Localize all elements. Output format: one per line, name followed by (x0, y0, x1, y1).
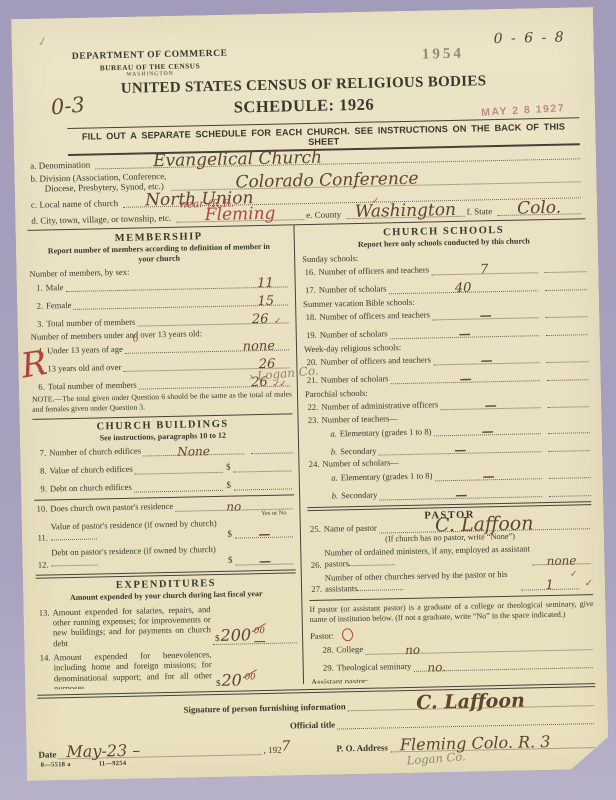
question-row-9: 9. Debt on church edifices $ (34, 478, 294, 494)
two-column-body: MEMBERSHIP Report number of members acco… (28, 218, 596, 690)
answer-line: — (432, 307, 539, 320)
field-label: a. Denomination (30, 159, 93, 170)
dollar-sign: $ (226, 556, 234, 566)
amount-value: 200 (220, 629, 251, 642)
question-number: 10. (34, 505, 50, 515)
answer-line: no Yes or No (175, 498, 292, 511)
question-number: 22. (305, 403, 321, 413)
form-content: ✓ DEPARTMENT OF COMMERCE BUREAU OF THE C… (11, 7, 609, 781)
official-title-line (337, 713, 594, 729)
dash-entry: — (480, 309, 491, 321)
question-label: Number of officers and teachers (318, 266, 429, 278)
denomination-value: Evangelical Church (153, 150, 322, 171)
question-label: 13 years old and over (47, 363, 121, 374)
label-text: Debt on pastor's residence (if owned by … (51, 544, 216, 557)
question-number: 18. (303, 313, 319, 323)
leader-dots (357, 582, 403, 591)
question-number: 19. (304, 331, 320, 341)
question-row-24b: b. Secondary — (307, 485, 591, 502)
official-title-row: Official title (290, 713, 596, 730)
red-check-margin: ✓ (585, 578, 594, 589)
question-row-20: 20. Number of officers and teachers — (304, 351, 588, 368)
answer-line: 26✓ (137, 312, 288, 326)
leader-dots (51, 558, 97, 567)
office-column (546, 351, 588, 363)
dash-entry: — (485, 399, 496, 411)
answer-line: — (434, 468, 542, 481)
question-number: 23. (305, 415, 321, 425)
question-number: 8. (33, 467, 49, 477)
date-label: Date (38, 750, 56, 760)
amount-value: 20 (221, 675, 242, 688)
answer-line: — (433, 352, 540, 365)
department-block: DEPARTMENT OF COMMERCE BUREAU OF THE CEN… (72, 49, 228, 80)
cents-entry: 00 (254, 630, 265, 642)
printed-year: , 192 (263, 745, 281, 755)
question-label: Number of church edifices (49, 447, 141, 458)
officers-teachers-value: 7 (480, 263, 489, 276)
edifices-value: None (177, 445, 210, 458)
question-label: Value of church edifices (49, 465, 132, 476)
identification-section: R › Logan Co. a. Denomination Evangelica… (26, 141, 585, 226)
question-number: 14. (37, 652, 54, 690)
question-label: Amount expended for benevolences, includ… (53, 649, 214, 690)
question-row-2: 2. Female 15 (30, 294, 290, 310)
question-label: Does church own pastor's residence (50, 502, 173, 514)
answer-line: Colo. (497, 201, 581, 216)
assistant-ministers-value: none (547, 554, 577, 567)
question-number: 1. (30, 283, 46, 293)
signature-line: C. Laffoon (348, 693, 594, 711)
question-row-18: 18. Number of officers and teachers — (303, 306, 587, 323)
leader-dots (135, 462, 222, 475)
scholars-value: 40 (455, 281, 472, 294)
leader-dots (349, 557, 395, 566)
yes-or-no-hint: Yes or No (261, 510, 286, 517)
official-title-label: Official title (290, 720, 335, 731)
office-column (251, 442, 293, 454)
question-row-28: 28. College no (310, 639, 594, 656)
question-number: 16. (302, 268, 318, 278)
answer-line: near (R.R. Fleming (176, 207, 304, 223)
dash-entry: — (459, 372, 470, 384)
question-label: Number of scholars (320, 330, 388, 341)
amount-entry: $ 200 00 (213, 628, 297, 645)
year-digit: 7 (281, 739, 290, 755)
question-row-4: 4. Under 13 years of age 0none (31, 339, 291, 355)
answer-line: 1✓ (521, 578, 579, 590)
membership-subheading: Report number of members according to de… (29, 242, 289, 266)
question-label: Number of officers and teachers (320, 356, 431, 368)
question-row-7: 7. Number of church edifices None (33, 442, 293, 458)
question-row-12: 12. Debt on pastor's residence (if owned… (35, 544, 295, 570)
date-line: May-23 – (58, 742, 261, 759)
question-label: Number of teachers— (321, 414, 398, 425)
po-address-entry: P. O. Address Fleming Colo. R. 3 Logan C… (336, 735, 596, 753)
office-column (548, 422, 590, 434)
stamp-1954: 1954 (422, 46, 464, 64)
dollar-sign: $ (224, 462, 232, 472)
question-label: Under 13 years of age (47, 344, 123, 355)
label-text: Value of pastor's residence (if owned by… (51, 518, 217, 531)
question-label: Number of scholars— (322, 458, 399, 469)
answer-line: — (433, 423, 541, 436)
city-value: Fleming (205, 206, 276, 224)
dash-entry: — (459, 327, 470, 339)
answer-line: no (365, 639, 592, 655)
amount-line (233, 460, 291, 472)
amount-line: — (235, 527, 293, 539)
question-label: Male (46, 283, 64, 293)
leader-dots (51, 531, 97, 540)
question-row-27: 27. Number of other churches served by t… (309, 568, 593, 595)
membership-note: NOTE.—The total given under Question 6 s… (32, 389, 292, 414)
field-label: d. City, town, village, or township, etc… (31, 213, 174, 226)
question-row-8: 8. Value of church edifices $ (33, 460, 293, 476)
question-number: 29. (321, 664, 337, 674)
question-letter: a. (324, 429, 340, 439)
answer-line: 15 (73, 294, 288, 309)
other-churches-value: 1 (545, 579, 554, 592)
question-number: 2. (30, 301, 46, 311)
signature-row: Signature of person furnishing informati… (183, 693, 595, 715)
amount-entry: $ 20 00 (214, 674, 298, 690)
question-number: 3. (30, 319, 46, 329)
field-label: c. Local name of church (31, 198, 121, 210)
pencil-check-mark: ✓ (36, 34, 49, 51)
question-number: 28. (320, 646, 336, 656)
handwritten-code-068: 0 - 6 - 8 (493, 30, 565, 48)
office-column (547, 369, 589, 381)
question-label: Number of officers and teachers (319, 311, 430, 323)
office-column (545, 279, 587, 291)
dollar-sign: $ (225, 529, 233, 539)
answer-line: 0none (125, 339, 289, 353)
office-column (545, 306, 587, 318)
dash-entry: — (258, 528, 269, 540)
dollar-sign: $ (224, 480, 232, 490)
question-row-24a: a. Elementary (grades 1 to 8) — (307, 467, 591, 484)
question-row-1: 1. Male 11 (30, 276, 290, 292)
owns-residence-value: no (226, 500, 241, 512)
form-number-block: 8—5518 a 11—9254 (41, 759, 153, 768)
question-row-13: 13. Amount expended for salaries, repair… (36, 602, 297, 649)
question-label: College (336, 645, 363, 655)
answer-line: — (390, 370, 539, 384)
answer-line: None (143, 443, 244, 456)
answer-line: none (532, 553, 590, 565)
question-label: Elementary (grades 1 to 8) (341, 472, 433, 483)
label-text: Number of other churches served by the p… (325, 569, 508, 594)
answer-line: 11 (65, 276, 288, 292)
question-label: Number of administrative officers (321, 400, 438, 412)
date-entry: Date May-23 – , 192 7 (38, 739, 290, 760)
question-number: 26. (308, 560, 324, 570)
office-column (547, 396, 589, 408)
question-label: Debt on pastor's residence (if owned by … (51, 545, 226, 569)
logan-pencil-note: Logan Co. (406, 749, 466, 767)
red-code-03: 0-3 (50, 93, 86, 120)
question-number: 11. (35, 533, 51, 543)
left-column: MEMBERSHIP Report number of members acco… (28, 225, 304, 689)
form-number-2: 11—9254 (99, 760, 127, 768)
question-label: Secondary (341, 491, 377, 501)
red-circle-mark (341, 627, 354, 641)
question-label: Elementary (grades 1 to 8) (340, 427, 432, 438)
question-number: 25. (308, 525, 324, 535)
under-13-value: none (243, 340, 276, 354)
answer-line: — (389, 325, 538, 339)
answer-line: no. (413, 657, 592, 672)
question-number: 17. (303, 286, 319, 296)
question-row-10: 10. Does church own pastor's residence n… (34, 498, 294, 514)
question-number: 12. (35, 560, 51, 570)
college-value: no (405, 644, 420, 656)
total-members: 26 (252, 313, 269, 326)
amount-line: — (235, 554, 293, 566)
question-row-16: 16. Number of officers and teachers 7 (302, 261, 586, 278)
male-count: 11 (257, 277, 274, 290)
answer-line: — (440, 397, 540, 410)
question-label: Value of pastor's residence (if owned by… (51, 519, 226, 543)
cents-entry: 00 (245, 676, 256, 688)
question-label: Amount expended for salaries, repairs, a… (52, 604, 213, 649)
answer-line: 7 (431, 262, 538, 275)
female-count: 15 (257, 295, 274, 308)
question-label: Number of scholars (319, 285, 387, 296)
answer-line: — (378, 441, 541, 455)
seminary-value: no. (427, 661, 446, 673)
answer-line: — (379, 486, 542, 500)
question-label: Theological seminary (337, 662, 412, 673)
question-row-14: 14. Amount expended for benevolences, in… (37, 647, 298, 690)
state-value: Colo. (517, 200, 561, 218)
county-label: e. County (306, 209, 344, 220)
question-label: Secondary (340, 446, 376, 456)
question-letter: a. (325, 473, 341, 483)
po-address-value: Fleming Colo. R. 3 (400, 734, 551, 753)
state-label: f. State (467, 206, 496, 217)
dash-entry: — (455, 488, 466, 500)
question-label: Number of ordained ministers, if any, em… (324, 545, 530, 570)
question-letter: b. (325, 491, 341, 501)
question-number: 13. (36, 607, 53, 649)
dash-entry: — (482, 470, 493, 482)
po-address-line: Fleming Colo. R. 3 (390, 735, 595, 752)
question-row-3: 3. Total number of members 26✓ (30, 312, 290, 328)
question-number: 27. (309, 585, 325, 595)
dash-entry: — (480, 354, 491, 366)
office-column (549, 485, 591, 497)
question-label: Debt on church edifices (50, 483, 132, 494)
question-label: Total number of members (48, 380, 137, 391)
signature-label: Signature of person furnishing informati… (183, 701, 345, 714)
question-label: Female (46, 301, 71, 311)
question-label: Number of other churches served by the p… (325, 570, 519, 595)
dash-entry: — (482, 425, 493, 437)
red-zero-note: 0 (133, 333, 139, 345)
question-number: 9. (34, 485, 50, 495)
county-value: Washington (355, 202, 456, 221)
office-column (548, 440, 590, 452)
question-label: Number of scholars (321, 374, 389, 385)
red-check: ✓ (570, 569, 577, 578)
question-label: Total number of members (46, 317, 135, 328)
right-column: CHURCH SCHOOLS Report here only schools … (294, 219, 595, 684)
leader-dots (134, 480, 223, 493)
signature-value: C. Laffoon (416, 692, 525, 713)
office-column (549, 467, 591, 479)
form-header: ✓ DEPARTMENT OF COMMERCE BUREAU OF THE C… (23, 7, 584, 153)
question-row-11: 11. Value of pastor's residence (if owne… (35, 517, 295, 543)
graduate-instructions: If pastor (or assistant pastor) is a gra… (309, 599, 593, 625)
po-address-label: P. O. Address (336, 743, 388, 754)
red-check: ✓ (274, 317, 281, 326)
question-row-26: 26. Number of ordained ministers, if any… (308, 543, 592, 570)
question-number: 7. (33, 449, 49, 459)
date-address-row: Date May-23 – , 192 7 P. O. Address Flem… (38, 732, 596, 760)
pastor-line-label: Pastor: (310, 632, 334, 642)
answer-line: 40 (388, 280, 537, 294)
dash-entry: — (454, 444, 465, 456)
date-value: May-23 – (66, 743, 140, 761)
answer-line: ✓ Washington (346, 204, 465, 219)
office-column (546, 324, 588, 336)
scanned-form-paper: ✓ DEPARTMENT OF COMMERCE BUREAU OF THE C… (11, 7, 609, 781)
question-number: 24. (306, 460, 322, 470)
question-letter: b. (324, 447, 340, 457)
dash-entry: — (259, 555, 270, 567)
question-row-23a: a. Elementary (grades 1 to 8) — (306, 422, 590, 439)
amount-line (234, 478, 292, 490)
pastor-name-value: C. Laffoon (435, 514, 534, 535)
form-number-1: 8—5518 a (41, 761, 71, 769)
office-column (544, 261, 586, 273)
question-label: Name of pastor (324, 524, 377, 535)
